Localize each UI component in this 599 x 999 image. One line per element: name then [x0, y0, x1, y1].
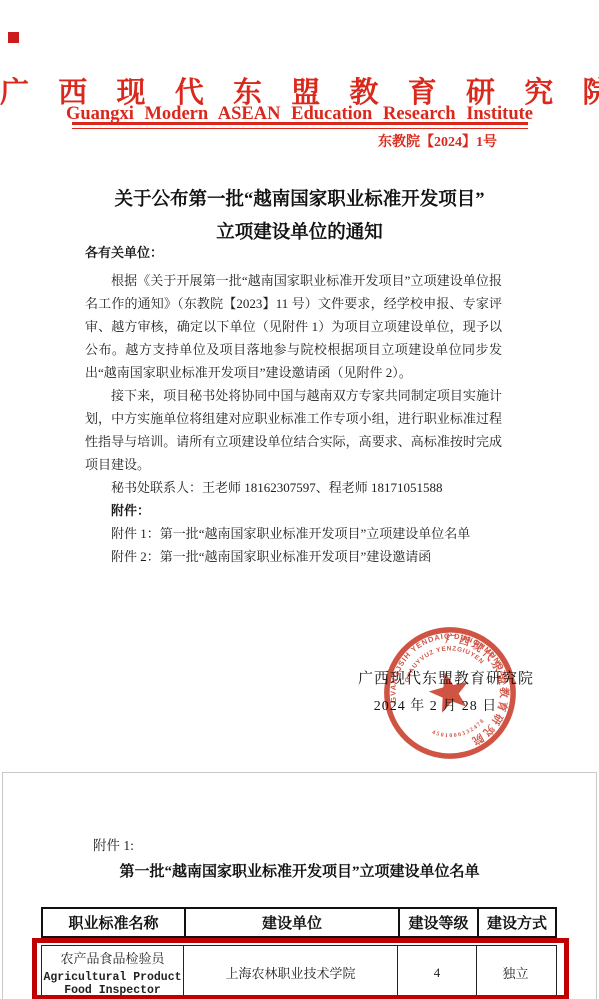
attachment-table-title: 第一批“越南国家职业标准开发项目”立项建设单位名单: [3, 860, 596, 881]
official-seal: GVANGJSIH YENDAIQ DUNGHMUNGZ GYAUYVUZ YE…: [364, 607, 536, 779]
standard-name-en-line2: Food Inspector: [64, 984, 161, 998]
document-page: 广 西 现 代 东 盟 教 育 研 究 院 Guangxi Modern ASE…: [0, 0, 599, 999]
letterhead-divider: [72, 122, 528, 129]
salutation: 各有关单位：: [85, 241, 502, 264]
cell-standard-name: 农产品食品检验员 Agricultural Product Food Inspe…: [42, 946, 183, 999]
header-build-mode: 建设方式: [477, 909, 555, 936]
header-standard-name: 职业标准名称: [43, 909, 184, 936]
attachment-2-line: 附件 2：第一批“越南国家职业标准开发项目”建设邀请函: [85, 545, 502, 568]
red-marker-square: [8, 32, 19, 43]
document-number: 东教院【2024】1号: [378, 131, 497, 151]
seal-star-icon: [425, 667, 474, 714]
paragraph-2: 接下来，项目秘书处将协同中国与越南双方专家共同制定项目实施计划，中方实施单位将组…: [85, 384, 502, 476]
attachments-label: 附件：: [85, 499, 502, 522]
cell-build-unit: 上海农林职业技术学院: [183, 946, 397, 999]
notice-body: 各有关单位： 根据《关于开展第一批“越南国家职业标准开发项目”立项建设单位报名工…: [85, 241, 502, 568]
table-header-row: 职业标准名称 建设单位 建设等级 建设方式: [41, 907, 557, 938]
header-build-level: 建设等级: [398, 909, 477, 936]
notice-title-line1: 关于公布第一批“越南国家职业标准开发项目”: [0, 185, 599, 211]
standard-name-en-line1: Agricultural Product: [43, 971, 181, 985]
cell-build-mode: 独立: [476, 946, 554, 999]
attachment-panel: 附件 1: 第一批“越南国家职业标准开发项目”立项建设单位名单 职业标准名称 建…: [2, 772, 597, 999]
header-build-unit: 建设单位: [184, 909, 398, 936]
attachment-1-line: 附件 1：第一批“越南国家职业标准开发项目”立项建设单位名单: [85, 522, 502, 545]
contact-line: 秘书处联系人：王老师 18162307597、程老师 18171051588: [85, 476, 502, 499]
paragraph-1: 根据《关于开展第一批“越南国家职业标准开发项目”立项建设单位报名工作的通知》（东…: [85, 269, 502, 384]
standard-name-cn: 农产品食品检验员: [60, 948, 164, 967]
attachment-page-label: 附件 1:: [93, 834, 134, 854]
cell-build-level: 4: [397, 946, 476, 999]
table-row: 农产品食品检验员 Agricultural Product Food Inspe…: [41, 945, 557, 999]
